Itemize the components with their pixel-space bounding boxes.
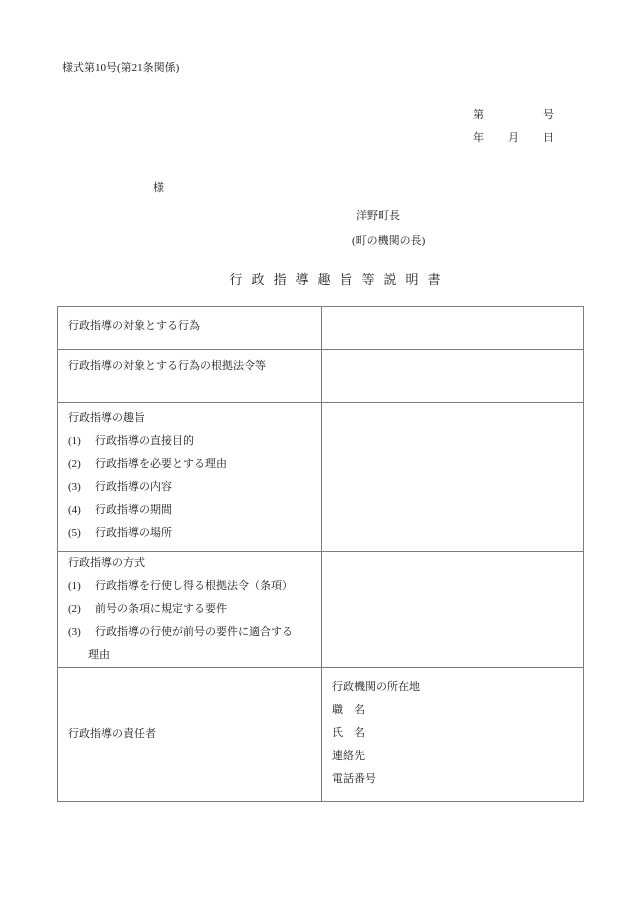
number-prefix-label: 第 xyxy=(473,104,484,127)
item-text: 行政指導を行使し得る根拠法令（条項） xyxy=(95,575,293,598)
sender-block: 洋野町長 (町の機関の長) xyxy=(352,204,425,254)
item-text: 前号の条項に規定する要件 xyxy=(95,598,227,621)
cell-responsible-person-label: 行政指導の責任者 xyxy=(58,668,322,801)
field-label-name: 氏 名 xyxy=(332,722,575,745)
item-number: (3) xyxy=(68,476,95,499)
list-item: (2) 前号の条項に規定する要件 xyxy=(68,598,313,621)
section-heading: 行政指導の趣旨 xyxy=(68,407,313,430)
list-item: (5) 行政指導の場所 xyxy=(68,522,313,545)
document-number-line: 第 号 xyxy=(473,104,554,127)
field-label-phone: 電話番号 xyxy=(332,768,575,791)
list-item: (2) 行政指導を必要とする理由 xyxy=(68,453,313,476)
item-text: 行政指導の内容 xyxy=(95,476,172,499)
field-label-contact: 連絡先 xyxy=(332,745,575,768)
item-number: (3) xyxy=(68,621,95,644)
list-item: (1) 行政指導を行使し得る根拠法令（条項） xyxy=(68,575,313,598)
addressee-honorific: 様 xyxy=(153,177,164,200)
form-number: 様式第10号(第21条関係) xyxy=(62,57,179,80)
item-text: 行政指導を必要とする理由 xyxy=(95,453,227,476)
section-heading: 行政指導の方式 xyxy=(68,552,313,575)
item-number: (2) xyxy=(68,598,95,621)
day-label: 日 xyxy=(543,127,554,150)
item-number: (2) xyxy=(68,453,95,476)
item-number: (1) xyxy=(68,575,95,598)
date-line: 年 月 日 xyxy=(473,127,554,150)
form-table: 行政指導の対象とする行為 行政指導の対象とする行為の根拠法令等 行政指導の趣旨 … xyxy=(57,306,584,802)
cell-purpose-value xyxy=(322,403,583,552)
item-text: 行政指導の直接目的 xyxy=(95,430,194,453)
cell-method-value xyxy=(322,552,583,668)
list-item: (1) 行政指導の直接目的 xyxy=(68,430,313,453)
number-suffix-label: 号 xyxy=(543,104,554,127)
list-item: (3) 行政指導の内容 xyxy=(68,476,313,499)
row-label: 行政指導の責任者 xyxy=(68,723,156,746)
item-text: 行政指導の場所 xyxy=(95,522,172,545)
list-item: (3) 行政指導の行使が前号の要件に適合する xyxy=(68,621,313,644)
cell-legal-basis-value xyxy=(322,350,583,403)
cell-method-label: 行政指導の方式 (1) 行政指導を行使し得る根拠法令（条項） (2) 前号の条項… xyxy=(58,552,322,668)
item-continuation-text: 理由 xyxy=(68,644,110,667)
cell-legal-basis-label: 行政指導の対象とする行為の根拠法令等 xyxy=(58,350,322,403)
document-number-block: 第 号 年 月 日 xyxy=(473,104,554,150)
field-label-agency-address: 行政機関の所在地 xyxy=(332,676,575,699)
cell-purpose-label: 行政指導の趣旨 (1) 行政指導の直接目的 (2) 行政指導を必要とする理由 (… xyxy=(58,403,322,552)
sender-title: 洋野町長 xyxy=(352,204,425,229)
item-number: (4) xyxy=(68,499,95,522)
cell-target-act-value xyxy=(322,307,583,350)
sender-note: (町の機関の長) xyxy=(352,229,425,254)
document-page: 様式第10号(第21条関係) 第 号 年 月 日 様 洋野町長 (町の機関の長)… xyxy=(0,0,630,903)
item-text: 行政指導の行使が前号の要件に適合する xyxy=(95,621,293,644)
cell-target-act-label: 行政指導の対象とする行為 xyxy=(58,307,322,350)
row-label: 行政指導の対象とする行為 xyxy=(68,315,313,338)
list-item-continuation: 理由 xyxy=(68,644,313,667)
item-text: 行政指導の期間 xyxy=(95,499,172,522)
document-title: 行政指導趣旨等説明書 xyxy=(0,267,630,292)
field-label-position: 職 名 xyxy=(332,699,575,722)
item-number: (5) xyxy=(68,522,95,545)
list-item: (4) 行政指導の期間 xyxy=(68,499,313,522)
month-label: 月 xyxy=(508,127,519,150)
row-label: 行政指導の対象とする行為の根拠法令等 xyxy=(68,355,313,378)
year-label: 年 xyxy=(473,127,484,150)
cell-responsible-person-fields: 行政機関の所在地 職 名 氏 名 連絡先 電話番号 xyxy=(322,668,583,801)
item-number: (1) xyxy=(68,430,95,453)
